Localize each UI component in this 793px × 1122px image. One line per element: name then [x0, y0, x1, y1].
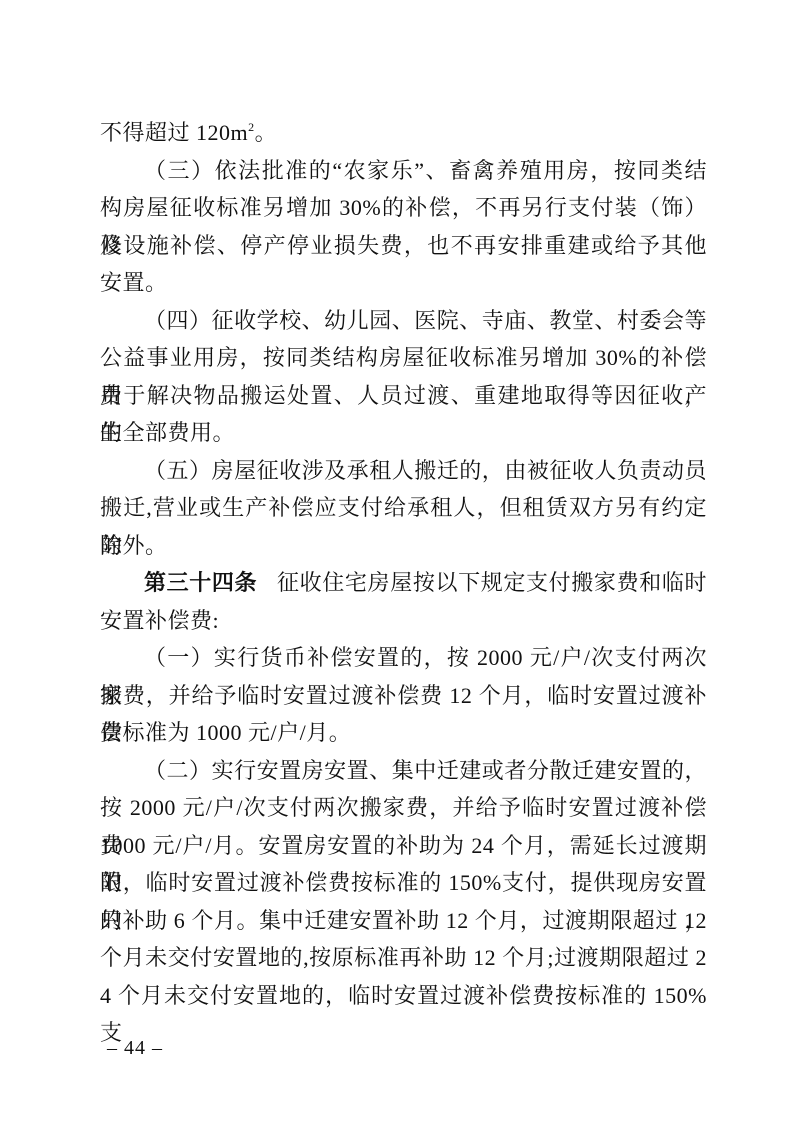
text-segment: 个月未交付安置地的,按原标准再补助 12 个月;过渡期限超过 2 [100, 945, 707, 970]
text-line: 安置补偿费: [100, 602, 707, 640]
article-number: 第三十四条 [144, 570, 257, 595]
text-line: 公益事业用房，按同类结构房屋征收标准另增加 30%的补偿费， [100, 339, 707, 377]
text-line: 的全部费用。 [100, 414, 707, 452]
text-segment: （五）房屋征收涉及承租人搬迁的，由被征收人负责动员 [144, 458, 707, 483]
text-segment: （四）征收学校、幼儿园、医院、寺庙、教堂、村委会等 [144, 308, 707, 333]
text-segment: 4 个月未交付安置地的，临时安置过渡补偿费按标准的 150%支 [100, 983, 707, 1046]
text-line: 只补助 6 个月。集中迁建安置补助 12 个月，过渡期限超过 12 [100, 902, 707, 940]
text-line: （三）依法批准的“农家乐”、畜禽养殖用房，按同类结 [100, 152, 707, 190]
text-segment: 安置。 [100, 270, 168, 295]
text-line: （一）实行货币补偿安置的，按 2000 元/户/次支付两次搬 [100, 639, 707, 677]
text-segment: 安置补偿费: [100, 608, 219, 633]
text-line: 搬迁,营业或生产补偿应支付给承租人，但租赁双方另有约定的 [100, 489, 707, 527]
text-line: 不得超过 120m2。 [100, 114, 707, 152]
text-line: 的，临时安置过渡补偿费按标准的 150%支付，提供现房安置的， [100, 864, 707, 902]
document-page: 不得超过 120m2。（三）依法批准的“农家乐”、畜禽养殖用房，按同类结构房屋征… [0, 0, 793, 1122]
text-segment: 不得超过 120m [100, 120, 248, 145]
text-line: 第三十四条征收住宅房屋按以下规定支付搬家费和临时 [100, 564, 707, 602]
text-line: 费标准为 1000 元/户/月。 [100, 714, 707, 752]
document-body: 不得超过 120m2。（三）依法批准的“农家乐”、畜禽养殖用房，按同类结构房屋征… [100, 114, 707, 1014]
text-line: （二）实行安置房安置、集中迁建或者分散迁建安置的， [100, 752, 707, 790]
text-line: 及设施补偿、停产停业损失费，也不再安排重建或给予其他 [100, 227, 707, 265]
text-segment: 除外。 [100, 533, 168, 558]
text-line: 家费，并给予临时安置过渡补偿费 12 个月，临时安置过渡补偿 [100, 677, 707, 715]
text-segment: 及设施补偿、停产停业损失费，也不再安排重建或给予其他 [100, 233, 707, 258]
page-number: – 44 – [107, 1036, 163, 1060]
text-line: 用于解决物品搬运处置、人员过渡、重建地取得等因征收产生 [100, 377, 707, 415]
text-line: 1000 元/户/月。安置房安置的补助为 24 个月，需延长过渡期限 [100, 827, 707, 865]
text-line: 按 2000 元/户/次支付两次搬家费，并给予临时安置过渡补偿费 [100, 789, 707, 827]
text-line: （四）征收学校、幼儿园、医院、寺庙、教堂、村委会等 [100, 302, 707, 340]
text-segment: （三）依法批准的“农家乐”、畜禽养殖用房，按同类结 [144, 158, 707, 183]
text-segment: （二）实行安置房安置、集中迁建或者分散迁建安置的， [144, 758, 707, 783]
text-segment: 的全部费用。 [100, 420, 235, 445]
text-segment: 只补助 6 个月。集中迁建安置补助 12 个月，过渡期限超过 12 [100, 908, 707, 933]
text-segment: 费标准为 1000 元/户/月。 [100, 720, 351, 745]
text-segment: 征收住宅房屋按以下规定支付搬家费和临时 [277, 570, 707, 595]
text-line: （五）房屋征收涉及承租人搬迁的，由被征收人负责动员 [100, 452, 707, 490]
text-line: 安置。 [100, 264, 707, 302]
text-line: 构房屋征收标准另增加 30%的补偿，不再另行支付装（饰）修 [100, 189, 707, 227]
text-segment: 。 [255, 120, 278, 145]
text-line: 4 个月未交付安置地的，临时安置过渡补偿费按标准的 150%支 [100, 977, 707, 1015]
text-line: 除外。 [100, 527, 707, 565]
text-line: 个月未交付安置地的,按原标准再补助 12 个月;过渡期限超过 2 [100, 939, 707, 977]
